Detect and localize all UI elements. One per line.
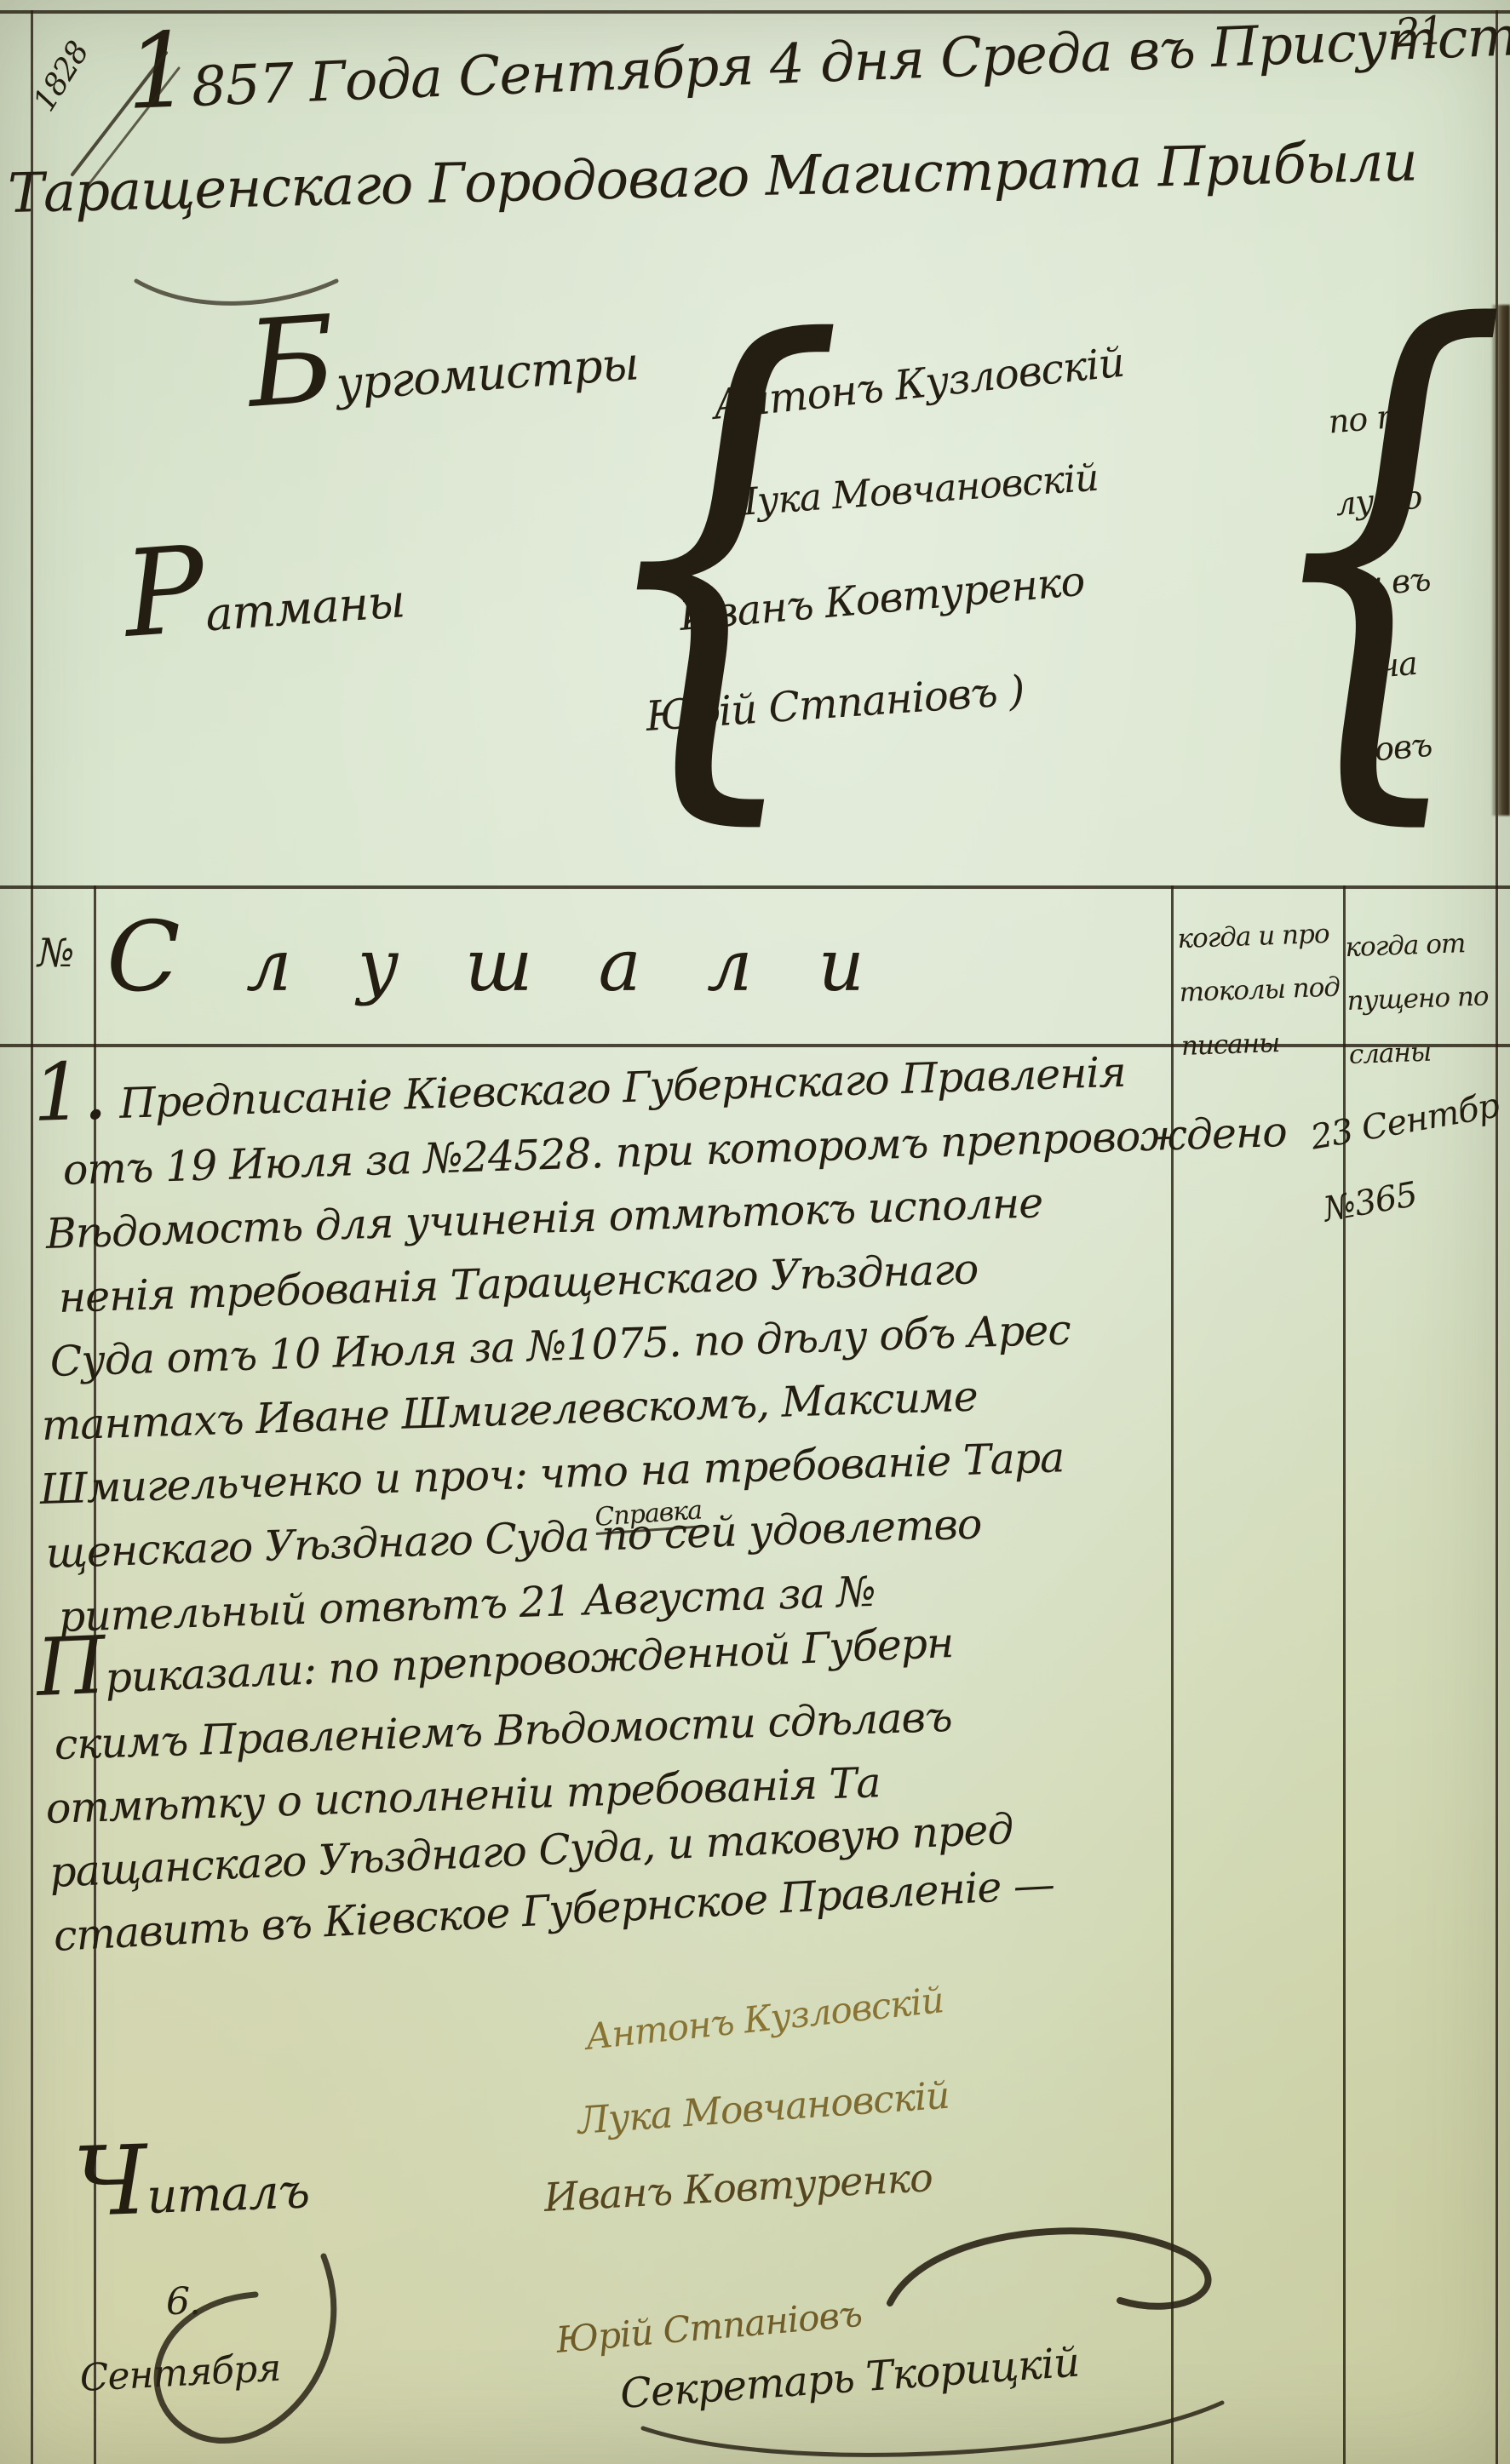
time-note-line: чи въ <box>1340 538 1434 628</box>
read-day: 6. <box>166 2283 200 2321</box>
left-frame-line <box>31 10 33 2464</box>
manuscript-page: { "colors": {"paper":"#d9e4ce","ink":"#2… <box>0 0 1510 2464</box>
archival-corner-mark: 1828 <box>29 37 95 117</box>
dispatch-margin-note: 23 Сентбр №365 <box>1305 1069 1510 1246</box>
signature-burgomaster-2: Лука Мовчановскій <box>577 2077 950 2140</box>
heard-column-header: Слушали <box>106 909 930 1006</box>
ratmans-role-label: Ратманы <box>124 576 405 644</box>
sent-header-line: пущено по <box>1346 970 1490 1029</box>
time-note-line: по по <box>1325 374 1420 464</box>
top-border-line <box>0 10 1510 14</box>
sent-header-line: токолы под <box>1179 961 1341 1021</box>
sent-header-line: когда и про <box>1176 908 1338 967</box>
header-date-line: 1857 Года Сентября 4 дня Среда въ Присут… <box>126 7 1510 117</box>
read-month: Сентября <box>79 2350 282 2398</box>
signature-ratman-2: Юрій Стпаніовъ <box>554 2296 863 2358</box>
signature-ratman-1: Иванъ Ковтуренко <box>543 2157 933 2217</box>
signature-secretary: Секретарь Ткорицкій <box>619 2341 1081 2415</box>
header-institution-line: Таращенскаго Городоваго Магистрата Прибы… <box>8 135 1418 221</box>
names-brace: { <box>588 278 847 822</box>
signature-burgomaster-1: Антонъ Кузловскій <box>584 1982 945 2055</box>
time-note-line: лу но <box>1332 456 1427 547</box>
read-label: Читалъ <box>73 2168 310 2224</box>
table-top-rule <box>0 885 1510 889</box>
time-note-line: совъ <box>1354 702 1449 793</box>
time-note-line: 8 ча <box>1346 621 1441 711</box>
sent-column-header-2: когда от пущено по сланы <box>1344 916 1490 1082</box>
number-column-header: № <box>37 933 74 972</box>
sent-header-line: когда от <box>1344 916 1487 975</box>
burgomasters-role-label: Бургомистры <box>248 339 640 414</box>
